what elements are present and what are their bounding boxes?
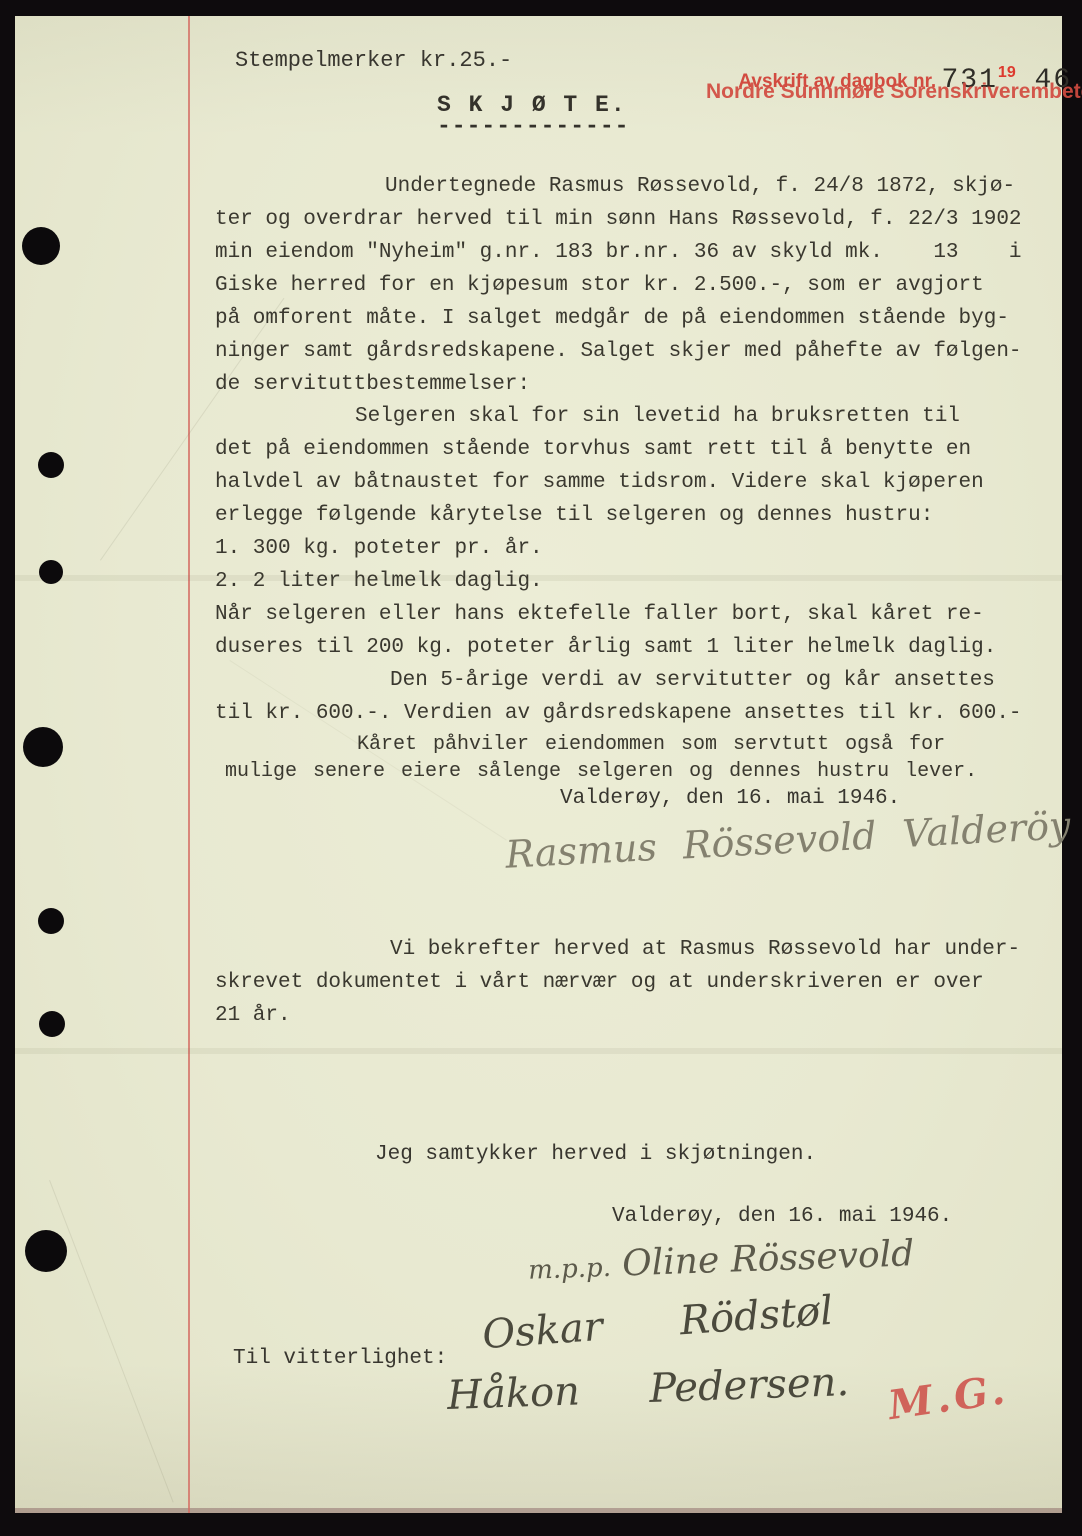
red-margin-line xyxy=(188,16,190,1513)
consent-signature-prefix: m.p.p. xyxy=(528,1253,612,1286)
deed-line: Selgeren skal for sin levetid ha bruksre… xyxy=(215,400,1055,433)
hole-punch xyxy=(39,1011,65,1037)
deed-title-underline: ------------- xyxy=(437,113,629,139)
witness-label: Til vitterlighet: xyxy=(233,1347,447,1370)
deed-line: på omforent måte. I salget medgår de på … xyxy=(215,302,1055,335)
date-line-1: Valderøy, den 16. mai 1946. xyxy=(560,787,900,810)
hole-punch xyxy=(38,452,64,478)
deed-paragraph-2: Selgeren skal for sin levetid ha bruksre… xyxy=(215,400,1055,664)
court-office-stamp: Nordre Sunnmøre Sorenskriverembete xyxy=(706,80,1082,104)
deed-line: erlegge følgende kårytelse til selgeren … xyxy=(215,499,1055,532)
deed-line: Den 5-årige verdi av servitutter og kår … xyxy=(215,664,1055,697)
deed-line: Undertegnede Rasmus Røssevold, f. 24/8 1… xyxy=(215,170,1055,203)
deed-paragraph-1: Undertegnede Rasmus Røssevold, f. 24/8 1… xyxy=(215,170,1055,401)
deed-line: 1. 300 kg. poteter pr. år. xyxy=(215,532,1055,565)
deed-line: Giske herred for en kjøpesum stor kr. 2.… xyxy=(215,269,1055,302)
deed-paragraph-4: Kåret påhviler eiendommen som servtutt o… xyxy=(225,731,1065,785)
deed-line: Kåret påhviler eiendommen som servtutt o… xyxy=(225,731,1065,758)
hole-punch xyxy=(22,227,60,265)
deed-paragraph-5: Vi bekrefter herved at Rasmus Røssevold … xyxy=(215,933,1055,1032)
journal-year-prefix: 19 xyxy=(998,64,1016,81)
stamp-duty-note: Stempelmerker kr.25.- xyxy=(235,48,512,73)
deed-line: mulige senere eiere sålenge selgeren og … xyxy=(225,758,1065,785)
deed-line: duseres til 200 kg. poteter årlig samt 1… xyxy=(215,631,1055,664)
deed-line: 2. 2 liter helmelk daglig. xyxy=(215,565,1055,598)
consent-line: Jeg samtykker herved i skjøtningen. xyxy=(375,1143,816,1166)
deed-line: halvdel av båtnaustet for samme tidsrom.… xyxy=(215,466,1055,499)
deed-line: 21 år. xyxy=(215,999,1055,1032)
deed-line: de servituttbestemmelser: xyxy=(215,368,1055,401)
deed-line: til kr. 600.-. Verdien av gårdsredskapen… xyxy=(215,697,1055,730)
hole-punch xyxy=(38,908,64,934)
hole-punch xyxy=(39,560,63,584)
deed-line: ter og overdrar herved til min sønn Hans… xyxy=(215,203,1055,236)
deed-line: ninger samt gårdsredskapene. Salget skje… xyxy=(215,335,1055,368)
deed-paragraph-3: Den 5-årige verdi av servitutter og kår … xyxy=(215,664,1055,730)
hole-punch xyxy=(25,1230,67,1272)
hole-punch xyxy=(23,727,63,767)
deed-line: Når selgeren eller hans ektefelle faller… xyxy=(215,598,1055,631)
deed-line: skrevet dokumentet i vårt nærvær og at u… xyxy=(215,966,1055,999)
deed-line: min eiendom "Nyheim" g.nr. 183 br.nr. 36… xyxy=(215,236,1055,269)
deed-line: det på eiendommen stående torvhus samt r… xyxy=(215,433,1055,466)
deed-line: Vi bekrefter herved at Rasmus Røssevold … xyxy=(215,933,1055,966)
fold-line xyxy=(15,1048,1062,1054)
scanned-deed-page: Stempelmerker kr.25.- Avskrift av dagbok… xyxy=(0,0,1082,1536)
date-line-2: Valderøy, den 16. mai 1946. xyxy=(612,1205,952,1228)
